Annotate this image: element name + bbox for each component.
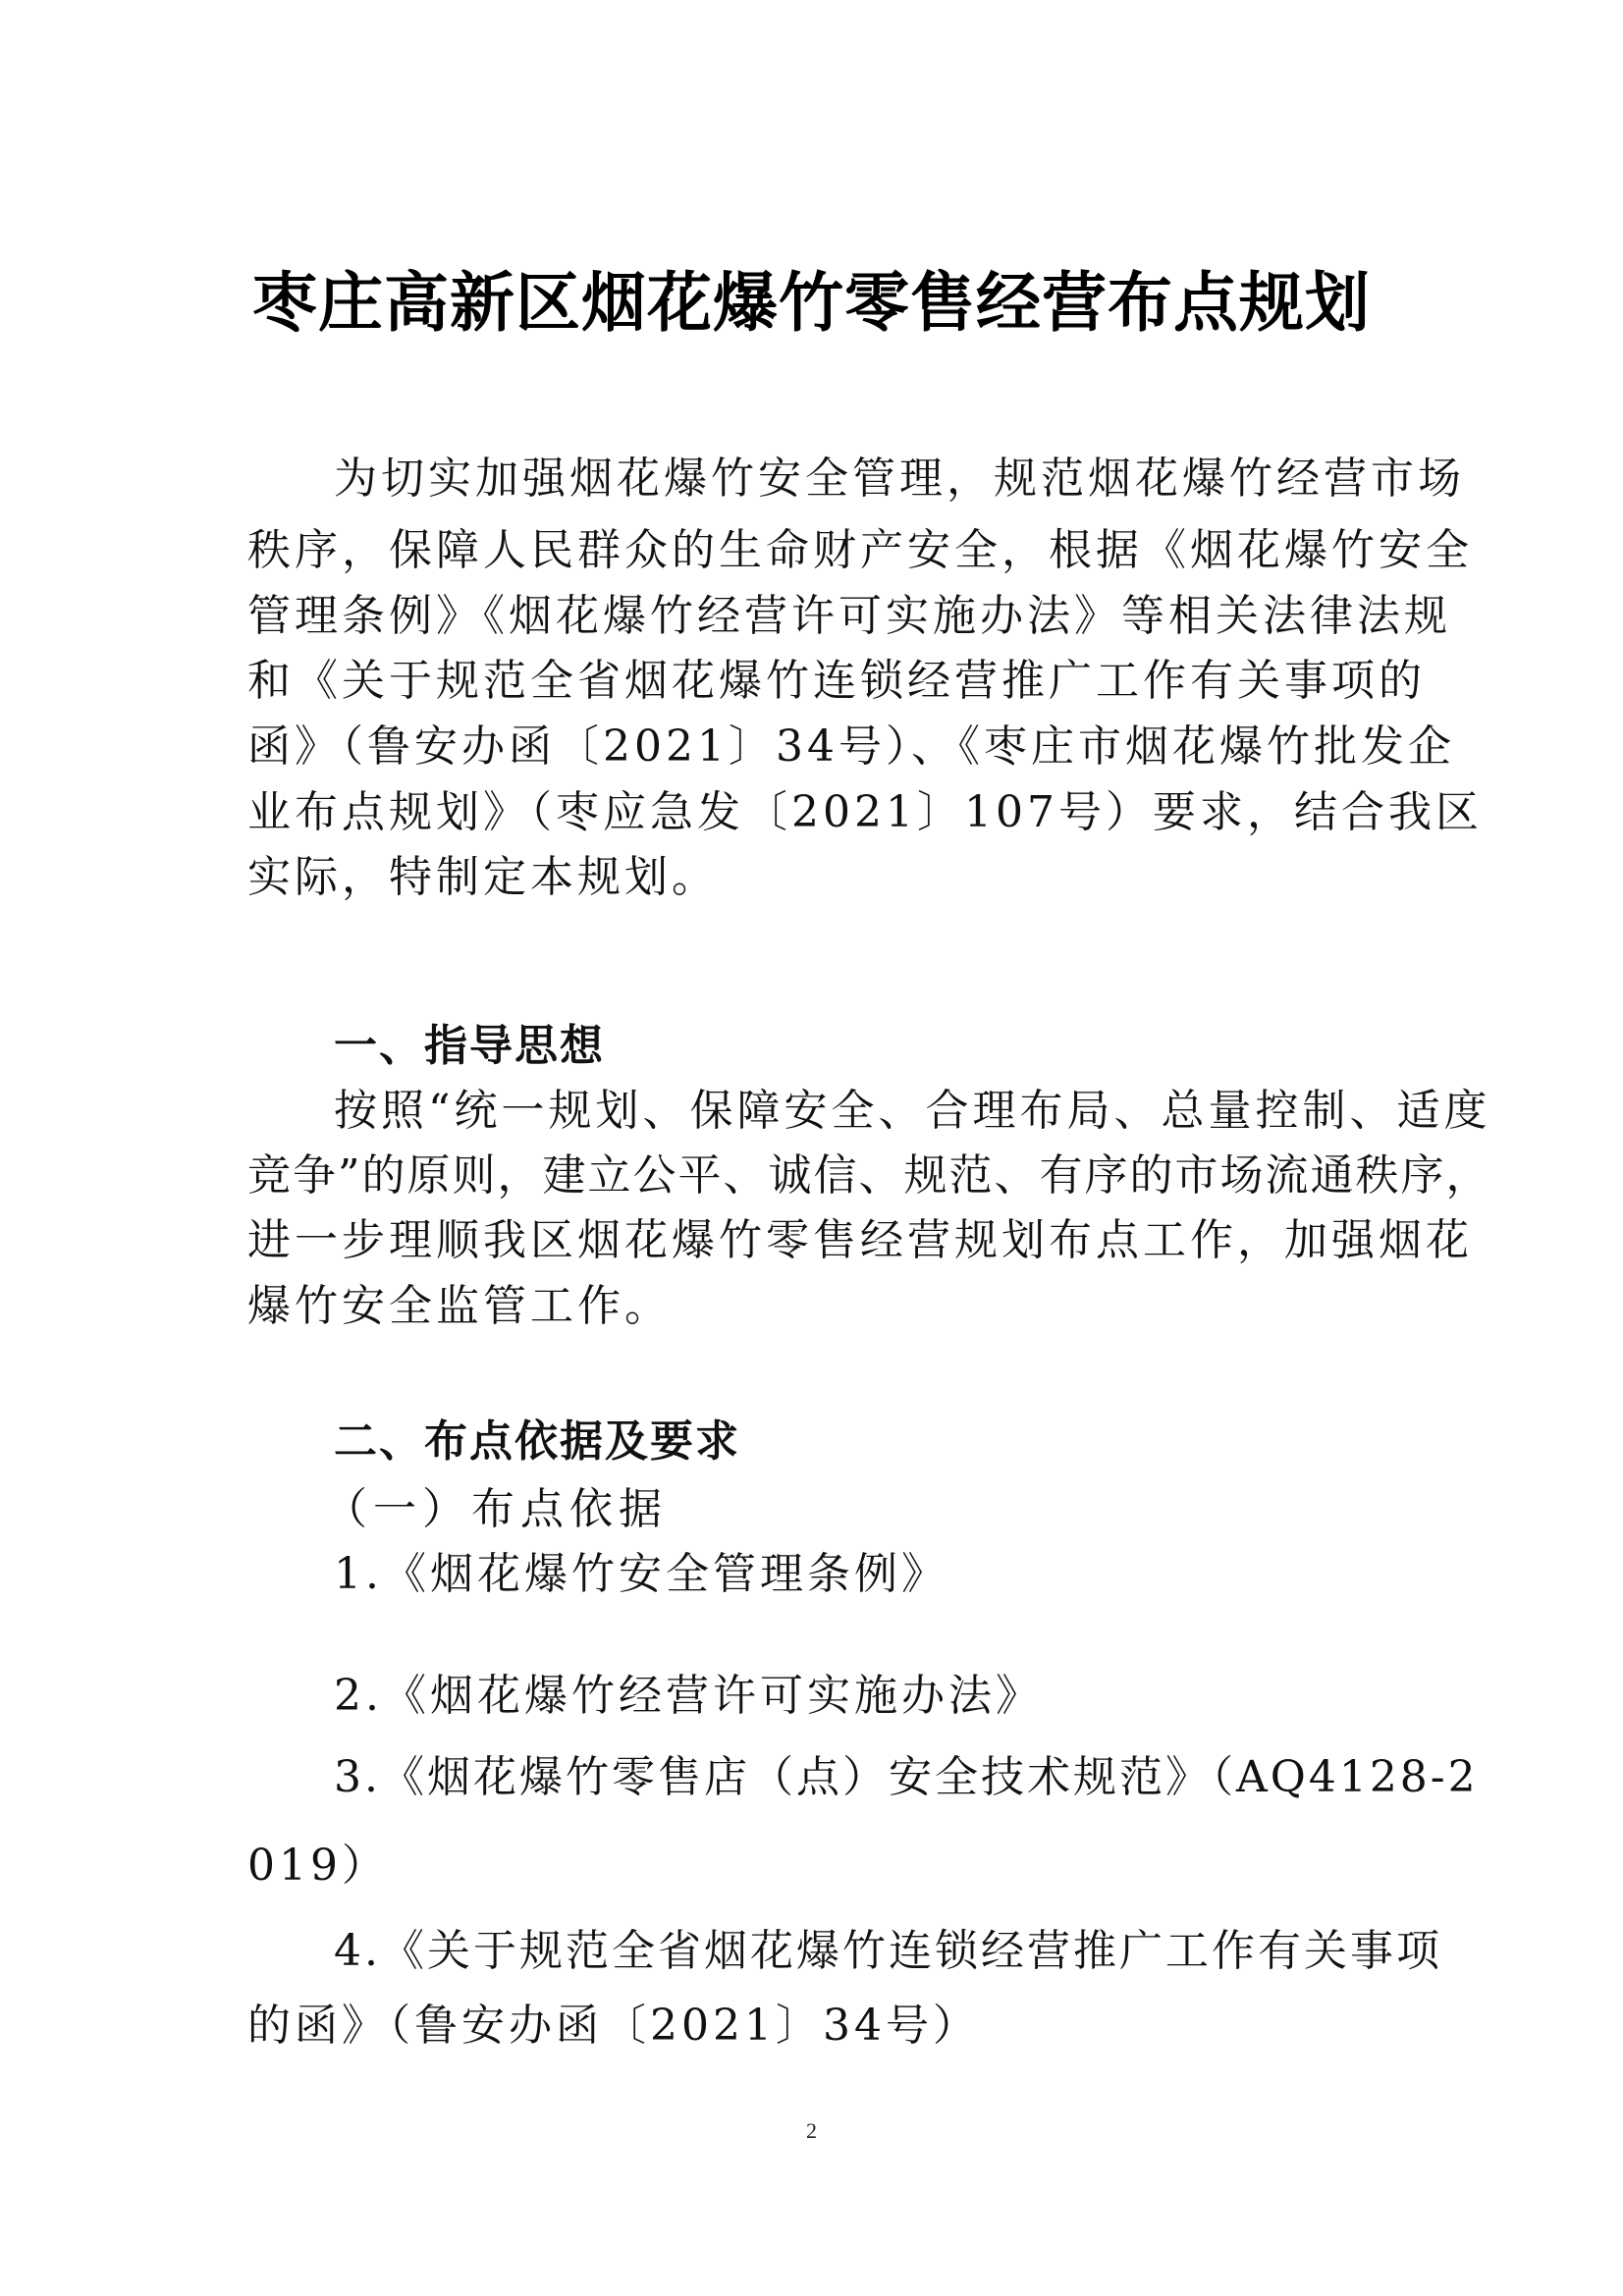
paragraph-line: 进一步理顺我区烟花爆竹零售经营规划布点工作，加强烟花 (247, 1215, 1377, 1266)
section-heading: 二、布点依据及要求 (334, 1416, 1377, 1468)
paragraph-line: 和《关于规范全省烟花爆竹连锁经营推广工作有关事项的 (247, 656, 1377, 707)
list-item: 3.《烟花爆竹零售店（点）安全技术规范》（AQ4128-2 (334, 1752, 1377, 1803)
paragraph-line: 实际，特制定本规划。 (247, 852, 1377, 903)
list-item: 4.《关于规范全省烟花爆竹连锁经营推广工作有关事项 (334, 1926, 1377, 1977)
paragraph-line: 为切实加强烟花爆竹安全管理，规范烟花爆竹经营市场 (334, 454, 1377, 505)
paragraph-line: 秩序，保障人民群众的生命财产安全，根据《烟花爆竹安全 (247, 525, 1377, 576)
document-title: 枣庄高新区烟花爆竹零售经营布点规划 (0, 263, 1623, 342)
document-page: 枣庄高新区烟花爆竹零售经营布点规划 为切实加强烟花爆竹安全管理，规范烟花爆竹经营… (0, 0, 1623, 2296)
paragraph-line: 按照“统一规划、保障安全、合理布局、总量控制、适度 (334, 1086, 1377, 1137)
section-heading: 一、指导思想 (334, 1021, 1377, 1072)
list-item-continuation: 的函》（鲁安办函〔2021〕34号） (247, 2001, 1377, 2052)
list-item: 1.《烟花爆竹安全管理条例》 (334, 1549, 1377, 1600)
paragraph-line: 爆竹安全监管工作。 (247, 1281, 1377, 1332)
list-item-continuation: 019） (247, 1841, 1377, 1892)
page-number: 2 (0, 2118, 1623, 2144)
list-item: 2.《烟花爆竹经营许可实施办法》 (334, 1671, 1377, 1722)
paragraph-line: 函》（鲁安办函〔2021〕34号）、《枣庄市烟花爆竹批发企 (247, 721, 1377, 773)
paragraph-line: 管理条例》《烟花爆竹经营许可实施办法》等相关法律法规 (247, 591, 1377, 642)
subsection-heading: （一）布点依据 (324, 1484, 1453, 1535)
paragraph-line: 竞争”的原则，建立公平、诚信、规范、有序的市场流通秩序， (247, 1150, 1377, 1201)
paragraph-line: 业布点规划》（枣应急发〔2021〕107号）要求，结合我区 (247, 787, 1377, 838)
